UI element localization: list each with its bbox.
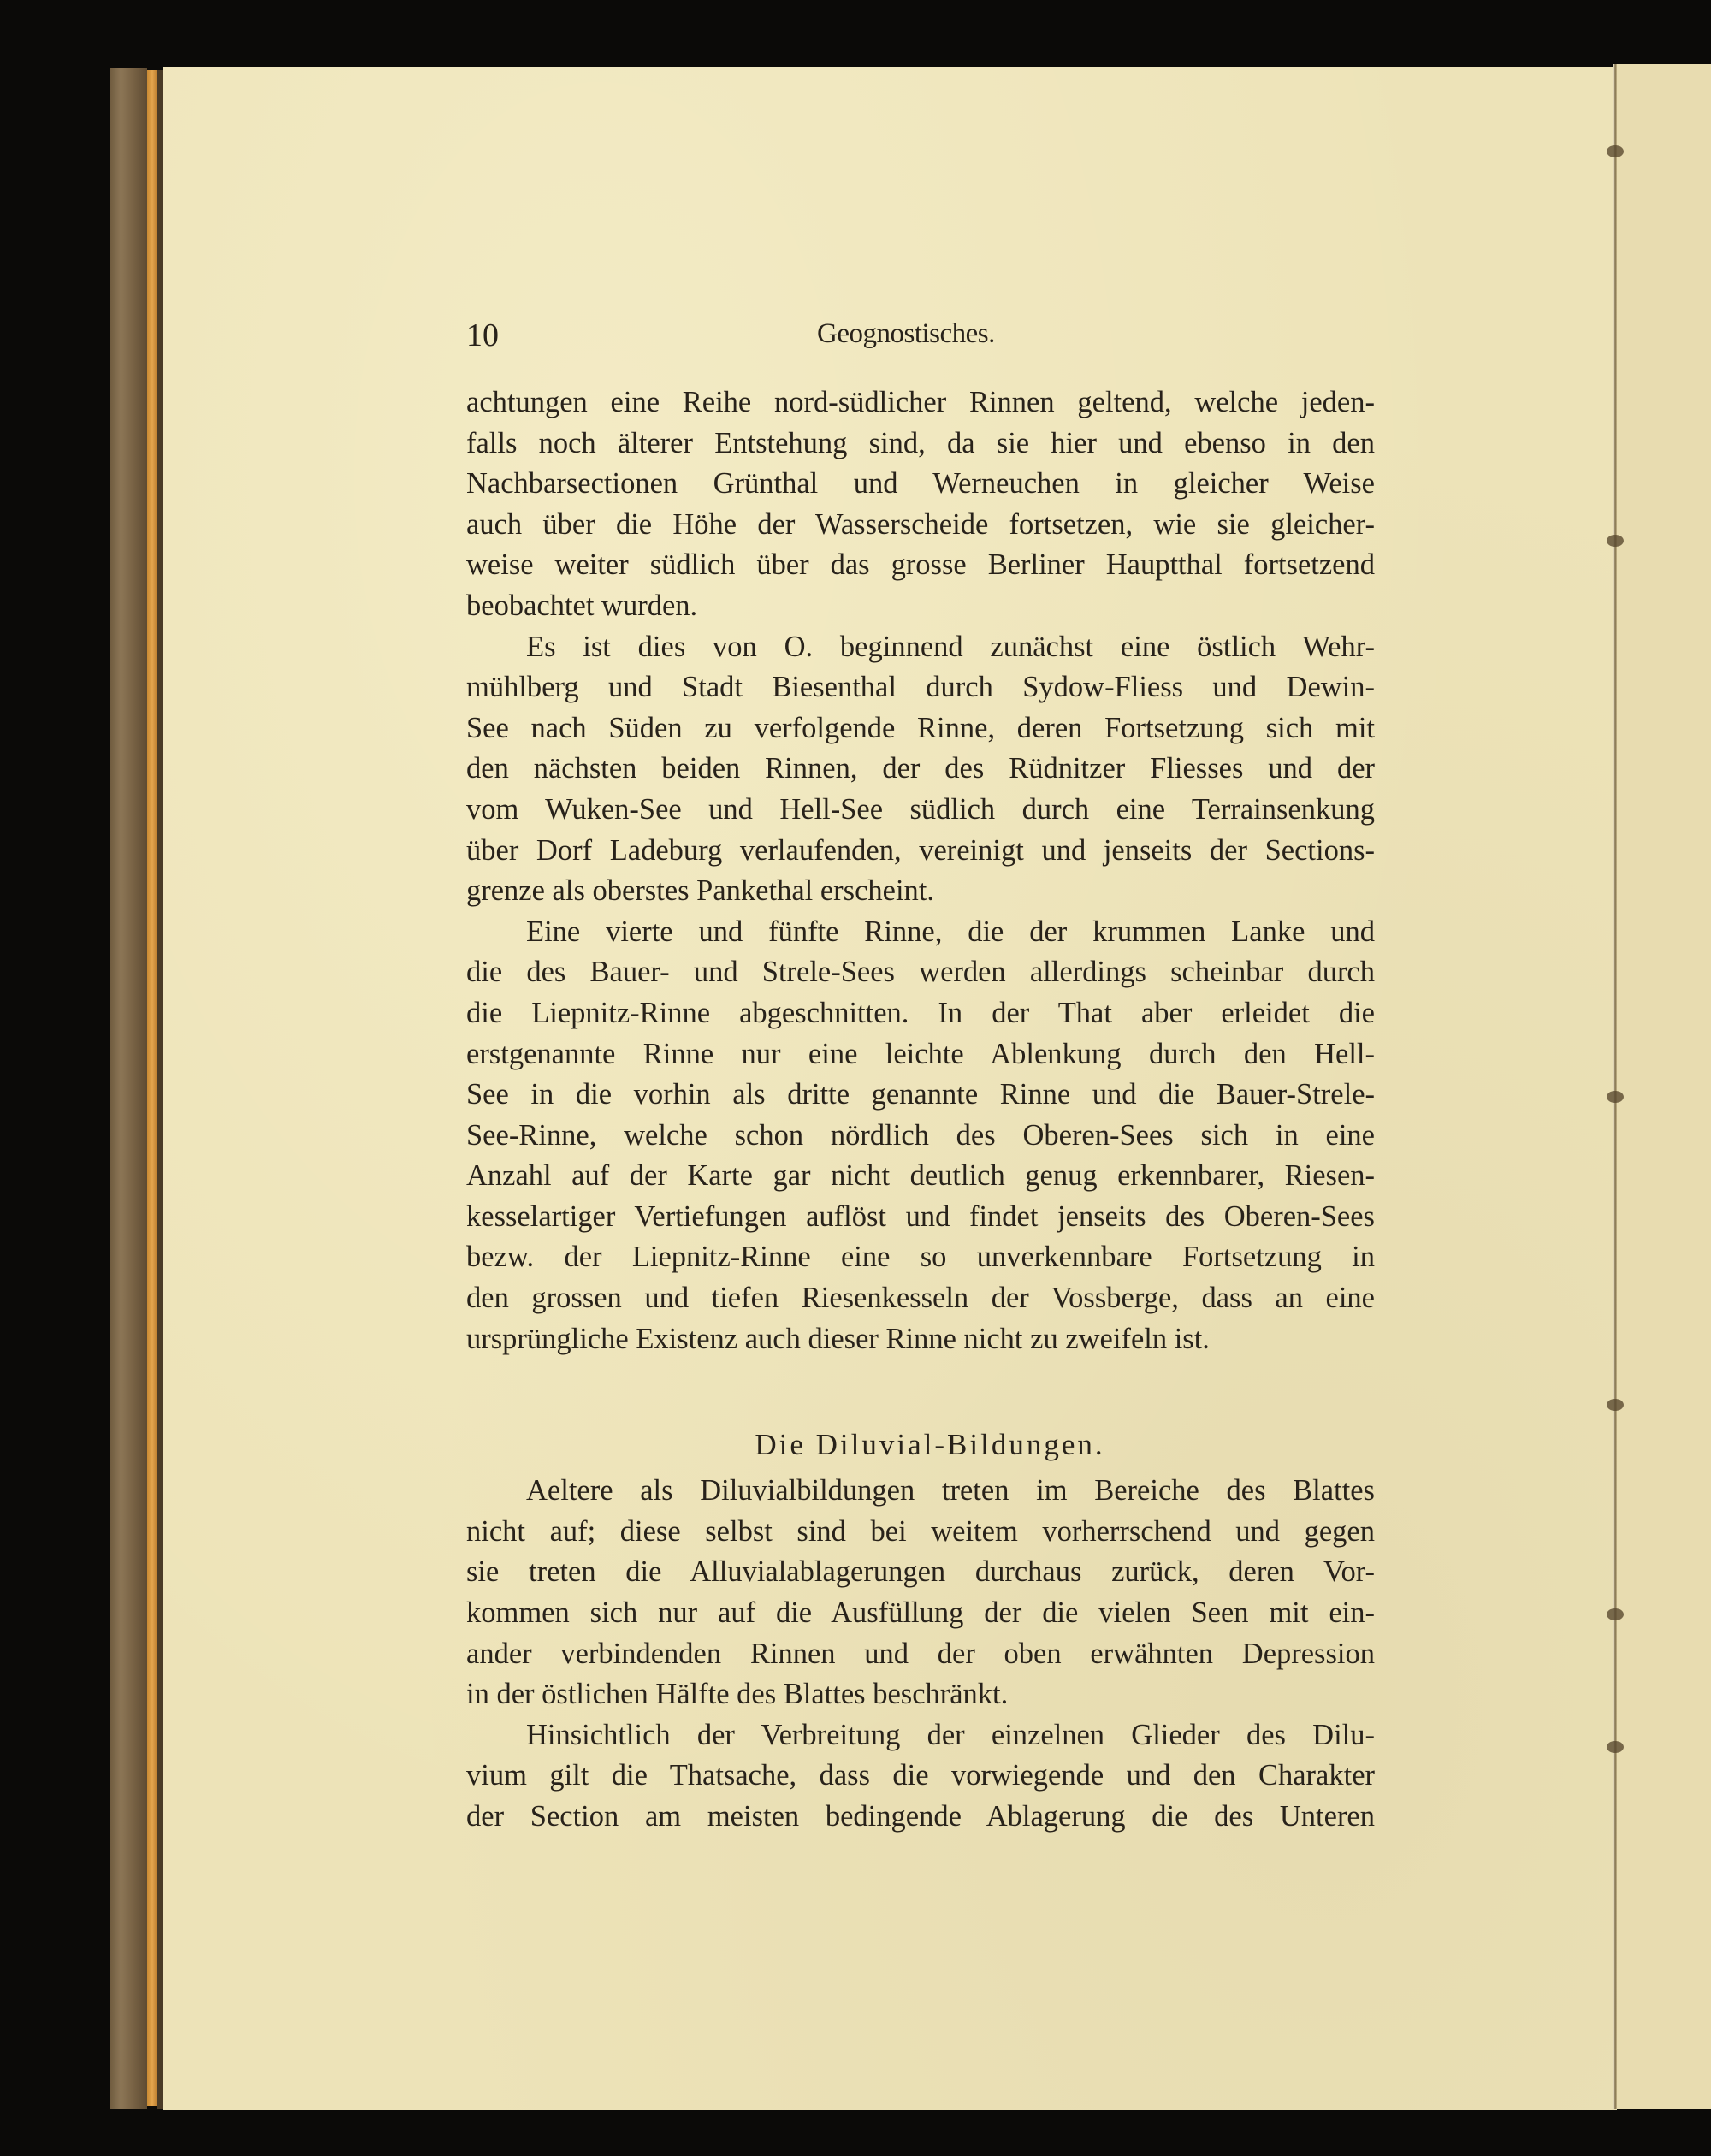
section-heading: Die Diluvial-Bildungen. [466,1419,1375,1471]
text-line: See nach Süden zu verfolgende Rinne, der… [466,708,1375,749]
text-line: beobachtet wurden. [466,586,1375,627]
text-line: Anzahl auf der Karte gar nicht deutlich … [466,1156,1375,1197]
text-line: sie treten die Alluvialablagerungen durc… [466,1552,1375,1593]
text-line: bezw. der Liepnitz-Rinne eine so unverke… [466,1237,1375,1278]
adjacent-page-edge [1617,64,1711,2109]
text-line: achtungen eine Reihe nord-südlicher Rinn… [466,382,1375,423]
paragraph: Eine vierte und fünfte Rinne, die der kr… [466,912,1375,1360]
text-line: See in die vorhin als dritte genannte Ri… [466,1075,1375,1116]
text-line: Es ist dies von O. beginnend zunächst ei… [466,627,1375,668]
running-head: 10 Geognostisches. [466,317,1375,359]
paragraph: Aeltere als Diluvialbildungen treten im … [466,1471,1375,1715]
text-line: falls noch älterer Entstehung sind, da s… [466,423,1375,465]
text-line: grenze als oberstes Pankethal erscheint. [466,871,1375,912]
binding-hole-mark [1607,1091,1624,1103]
binding-hole-mark [1607,1608,1624,1620]
text-line: vom Wuken-See und Hell-See südlich durch… [466,790,1375,831]
binding-hole-mark [1607,535,1624,547]
text-line: Nachbarsectionen Grünthal und Werneuchen… [466,464,1375,505]
running-title: Geognostisches. [817,318,995,350]
book-spine [110,68,147,2109]
text-line: Eine vierte und fünfte Rinne, die der kr… [466,912,1375,953]
spine-band [147,70,157,2106]
text-line: Aeltere als Diluvialbildungen treten im … [466,1471,1375,1512]
text-line: der Section am meisten bedingende Ablage… [466,1797,1375,1838]
text-line: die Liepnitz-Rinne abgeschnitten. In der… [466,993,1375,1034]
text-line: weise weiter südlich über das grosse Ber… [466,545,1375,586]
text-line: ursprüngliche Existenz auch dieser Rinne… [466,1319,1375,1360]
text-line: in der östlichen Hälfte des Blattes besc… [466,1674,1375,1715]
text-line: kommen sich nur auf die Ausfüllung der d… [466,1593,1375,1634]
text-line: nicht auf; diese selbst sind bei weitem … [466,1512,1375,1553]
binding-hole-mark [1607,1399,1624,1411]
text-line: auch über die Höhe der Wasserscheide for… [466,505,1375,546]
text-block: 10 Geognostisches. achtungen eine Reihe … [466,317,1375,1838]
text-line: ander verbindenden Rinnen und der oben e… [466,1634,1375,1675]
paragraph: achtungen eine Reihe nord-südlicher Rinn… [466,382,1375,627]
page-fold-line [1613,64,1617,2109]
paragraphs-before-heading: achtungen eine Reihe nord-südlicher Rinn… [466,382,1375,1359]
text-line: erstgenannte Rinne nur eine leichte Able… [466,1034,1375,1075]
text-line: über Dorf Ladeburg verlaufenden, vereini… [466,831,1375,872]
text-line: die des Bauer- und Strele-Sees werden al… [466,952,1375,993]
binding-hole-mark [1607,145,1624,157]
text-line: mühlberg und Stadt Biesenthal durch Sydo… [466,667,1375,708]
page-number: 10 [466,317,499,354]
paragraph: Es ist dies von O. beginnend zunächst ei… [466,627,1375,912]
text-line: Hinsichtlich der Verbreitung der einzeln… [466,1715,1375,1756]
paragraph: Hinsichtlich der Verbreitung der einzeln… [466,1715,1375,1838]
text-line: kesselartiger Vertiefungen auflöst und f… [466,1197,1375,1238]
text-line: See-Rinne, welche schon nördlich des Obe… [466,1116,1375,1157]
text-line: den grossen und tiefen Riesenkesseln der… [466,1278,1375,1319]
paragraphs-after-heading: Aeltere als Diluvialbildungen treten im … [466,1471,1375,1837]
binding-hole-mark [1607,1741,1624,1753]
text-line: vium gilt die Thatsache, dass die vorwie… [466,1756,1375,1797]
text-line: den nächsten beiden Rinnen, der des Rüdn… [466,749,1375,790]
